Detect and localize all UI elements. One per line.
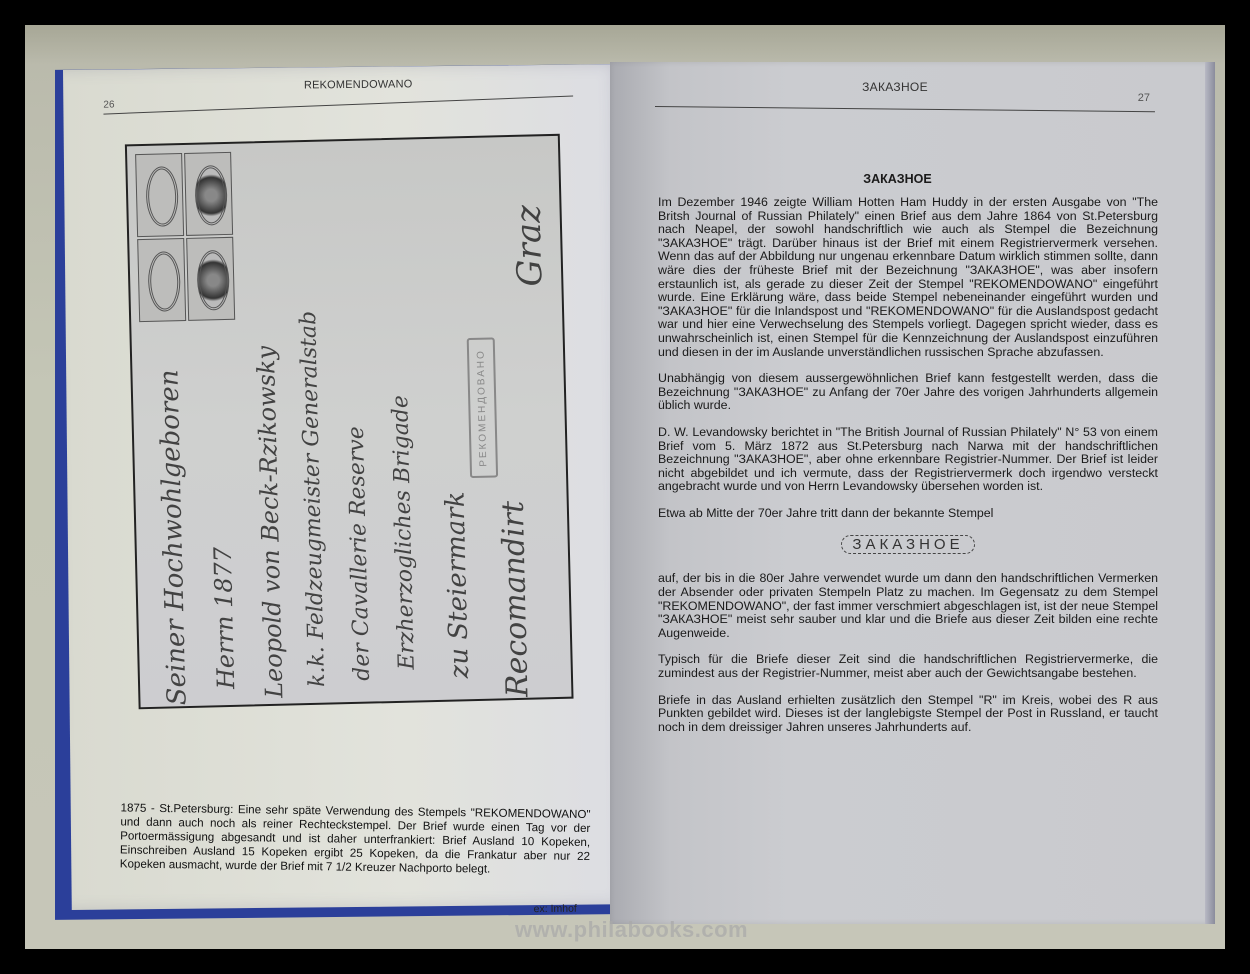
- left-page: REKOMENDOWANO 26 Seiner Hochwohlgeboren …: [63, 64, 632, 910]
- handwriting-line: zu Steiermark: [440, 491, 475, 679]
- letter-cover-illustration: Seiner Hochwohlgeboren Herrn 1877 Leopol…: [125, 134, 574, 709]
- table-surface: [25, 25, 1225, 65]
- stamp-impression-figure: ЗАКАЗНОЕ: [658, 520, 1158, 568]
- right-header-rule: [655, 106, 1155, 112]
- paragraph: D. W. Levandowsky berichtet in "The Brit…: [658, 426, 1158, 494]
- left-page-number: 26: [103, 99, 114, 110]
- right-running-header: ЗАКАЗНОЕ: [610, 80, 1210, 94]
- handwriting-destination: Graz: [508, 204, 550, 287]
- paragraph: auf, der bis in die 80er Jahre verwendet…: [658, 572, 1158, 640]
- right-page: ЗАКАЗНОЕ 27 ЗАКАЗНОЕ Im Dezember 1946 ze…: [610, 62, 1210, 924]
- body-text: Im Dezember 1946 zeigte William Hotten H…: [658, 196, 1158, 747]
- page-edge: [1205, 62, 1215, 924]
- figure-caption: 1875 - St.Petersburg: Eine sehr späte Ve…: [120, 801, 591, 878]
- watermark: www.philabooks.com: [515, 917, 748, 943]
- right-page-number: 27: [1138, 92, 1150, 104]
- handwriting-line: Herrn 1877: [209, 547, 240, 690]
- section-heading: ЗАКАЗНОЕ: [610, 172, 1210, 186]
- handwriting-line: k.k. Feldzeugmeister Generalstab: [296, 311, 330, 688]
- caption-credit: ex: Imhof: [534, 903, 577, 915]
- stamp-icon: [186, 237, 235, 321]
- stamp-block: [135, 152, 235, 322]
- handwriting-line: Erzherzogliches Brigade: [388, 395, 420, 670]
- handwriting-line: der Cavallerie Reserve: [344, 426, 375, 681]
- paragraph: Etwa ab Mitte der 70er Jahre tritt dann …: [658, 507, 1158, 521]
- zakaznoe-stamp-impression: ЗАКАЗНОЕ: [841, 535, 974, 555]
- stamp-icon: [137, 238, 186, 322]
- paragraph: Briefe in das Ausland erhielten zusätzli…: [658, 694, 1158, 735]
- rectangular-postmark: РЕКОМЕНДОВАНО: [467, 337, 498, 478]
- handwriting-line: Recomandirt: [496, 501, 536, 698]
- book-photo: REKOMENDOWANO 26 Seiner Hochwohlgeboren …: [25, 25, 1225, 949]
- stamp-icon: [135, 153, 184, 237]
- left-header-rule: [103, 96, 573, 115]
- paragraph: Typisch für die Briefe dieser Zeit sind …: [658, 653, 1158, 680]
- left-running-header: REKOMENDOWANO: [63, 76, 623, 94]
- paragraph: Im Dezember 1946 zeigte William Hotten H…: [658, 196, 1158, 359]
- stamp-icon: [184, 152, 233, 236]
- paragraph: Unabhängig von diesem aussergewöhnlichen…: [658, 372, 1158, 413]
- handwriting-line: Leopold von Beck-Rzikowsky: [252, 346, 289, 699]
- handwriting-line: Seiner Hochwohlgeboren: [154, 369, 192, 705]
